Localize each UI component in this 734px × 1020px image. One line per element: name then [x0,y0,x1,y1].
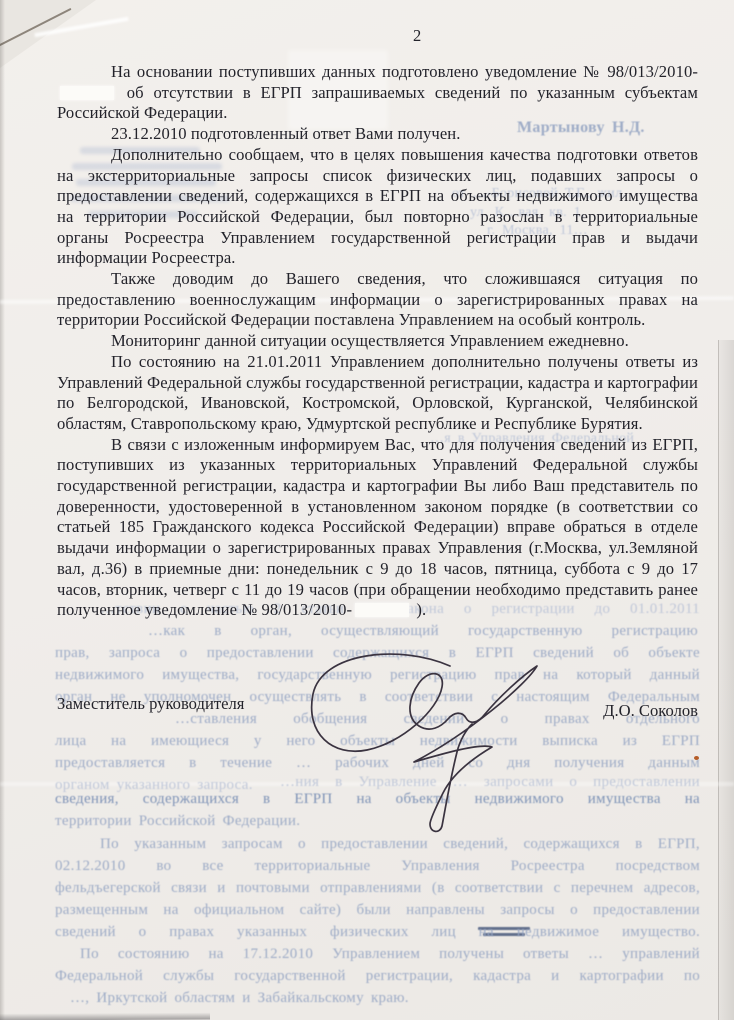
bleed-through-text: сведений о правах указанных физических л… [55,922,700,942]
paragraph: В связи с изложенным информируем Вас, чт… [57,435,698,621]
redacted-area [355,603,409,617]
bleed-through-text: 02.12.2010 во все территориальные Управл… [55,856,700,876]
paragraph: По состоянию на 21.01.2011 Управлением д… [57,352,698,435]
signer-name: Д.О. Соколов [603,701,698,721]
paragraph: Дополнительно сообщаем, что в целях повы… [57,145,698,269]
paragraph: Мониторинг данной ситуации осуществляетс… [57,331,698,352]
bleed-through-text: размещенным на официальном сайте) были н… [55,900,700,920]
bleed-through-text: территории Российской Федерации. [55,811,300,831]
redacted-area [60,86,114,100]
letter-body: На основании поступивших данных подготов… [57,62,698,621]
bleed-through-text: Федеральной службы государственной регис… [55,966,700,986]
paragraph: Также доводим до Вашего сведения, что сл… [57,269,698,331]
signature-autograph [283,630,573,845]
scanned-letter-page: Мартынову Н.Д.от …-Борисовой Т.Г., жил.у… [0,0,734,1020]
bleed-through-text: По состоянию на 17.12.2010 Управлением п… [80,944,700,964]
bleed-through-text: …, Иркутской областям и Забайкальскому к… [70,988,409,1008]
signer-position-title: Заместитель руководителя [57,694,244,721]
paragraph: 23.12.2010 подготовленный ответ Вами пол… [57,124,698,145]
bleed-through-text: фельдъегерской связи и почтовыми отправл… [55,878,700,898]
paragraph: На основании поступивших данных подготов… [57,62,698,124]
